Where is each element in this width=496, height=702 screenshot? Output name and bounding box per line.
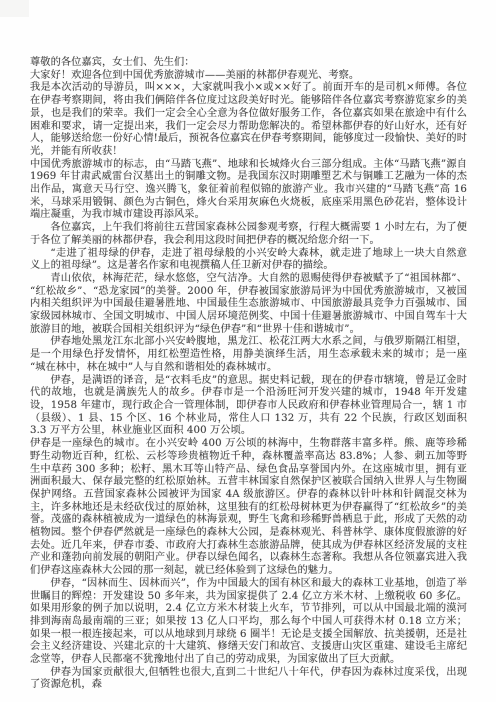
tourism-logo-paragraph: 中国优秀旅游城市的标志，由“马踏飞燕”、地球和长城烽火台三部分组成。主体“马踏飞… <box>30 159 467 223</box>
itinerary-paragraph: 各位嘉宾，上午我们将前往五营国家森林公园参观考察，行程大概需要 1 小时左右，为… <box>30 222 467 247</box>
green-city-paragraph: 伊春是一座绿色的城市。在小兴安岭 400 万公顷的林海中，生物群落丰富多样。熊、… <box>30 438 467 578</box>
text-block: 尊敬的各位嘉宾，女士们、先生们： 大家好！欢迎各位到中国优秀旅游城市——美丽的林… <box>30 57 467 692</box>
greeting-line: 大家好！欢迎各位到中国优秀旅游城市——美丽的林都伊春观光、考察。 <box>30 70 467 83</box>
salutation-line: 尊敬的各位嘉宾，女士们、先生们： <box>30 57 467 70</box>
history-admin-paragraph: 伊春，是满语的译音，是“衣料毛皮”的意思。据史料记载，现在的伊春市辖境，曾是辽金… <box>30 375 467 439</box>
city-honors-paragraph: 青山依依，林海茫茫，绿水悠悠，空气洁净。大自然的恩赐使得伊春被赋予了“祖国林都”… <box>30 273 467 337</box>
sacrifice-paragraph: 伊春为国家贡献很大,但牺牲也很大,直到二十世纪八十年代，伊春因为森林过度采伐，出… <box>30 667 467 692</box>
scan-artifact <box>0 0 29 17</box>
guide-intro-paragraph: 我是本次活动的导游员，叫×××，大家就叫我小×或××好了。前面开车的是司机×师傅… <box>30 82 467 158</box>
geography-paragraph: 伊春地处黑龙江东北部小兴安岭腹地，黑龙江、松花江两大水系之间，与俄罗斯隔江相望，… <box>30 336 467 374</box>
forest-industry-paragraph: 伊春，“因林而生、因林而兴”，作为中国最大的国有林区和最大的森林工业基地，创造了… <box>30 578 467 667</box>
emerald-quote-paragraph: “走进了祖母绿的伊春，走进了祖母绿般的小兴安岭大森林，就走进了地球上一块大自然意… <box>30 248 467 273</box>
document-page: 尊敬的各位嘉宾，女士们、先生们： 大家好！欢迎各位到中国优秀旅游城市——美丽的林… <box>0 0 496 702</box>
